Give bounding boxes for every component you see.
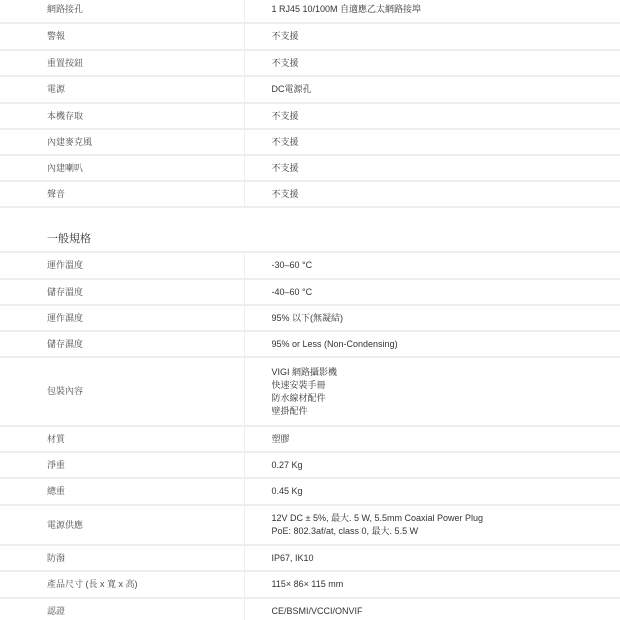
spec-row-operating-humidity: 運作濕度 95% 以下(無凝結) (0, 305, 620, 331)
spec-section-general: 一般規格 運作溫度 -30–60 °C 儲存溫度 -40–60 °C 運作濕度 … (0, 208, 620, 620)
spec-value: DC電源孔 (244, 76, 620, 103)
spec-label: 內建麥克風 (0, 129, 244, 155)
spec-row-net-weight: 淨重 0.27 Kg (0, 452, 620, 478)
package-item: 快速安裝手冊 (272, 379, 620, 392)
spec-value: 不支援 (244, 103, 620, 129)
spec-row-operating-temp: 運作溫度 -30–60 °C (0, 253, 620, 279)
spec-row-local-storage: 本機存取 不支援 (0, 103, 620, 129)
spec-label: 電源供應 (0, 505, 244, 545)
spec-row-certification: 認證 CE/BSMI/VCCI/ONVIF (0, 598, 620, 620)
spec-value: IP67, IK10 (244, 545, 620, 571)
spec-value: 115× 86× 115 mm (244, 571, 620, 598)
spec-row-package-contents: 包裝內容 VIGI 網路攝影機 快速安裝手冊 防水線材配件 壁掛配件 (0, 357, 620, 426)
spec-label: 聲音 (0, 181, 244, 207)
spec-label: 淨重 (0, 452, 244, 478)
spec-label: 儲存溫度 (0, 279, 244, 305)
spec-row-storage-humidity: 儲存濕度 95% or Less (Non-Condensing) (0, 331, 620, 357)
spec-value: 不支援 (244, 129, 620, 155)
spec-value: CE/BSMI/VCCI/ONVIF (244, 598, 620, 620)
spec-value: 0.27 Kg (244, 452, 620, 478)
spec-label: 電源 (0, 76, 244, 103)
package-item: 壁掛配件 (272, 405, 620, 418)
spec-label: 警報 (0, 23, 244, 50)
spec-label: 儲存濕度 (0, 331, 244, 357)
spec-label: 運作溫度 (0, 253, 244, 279)
spec-row-reset-button: 重置按鈕 不支援 (0, 50, 620, 76)
spec-label: 總重 (0, 478, 244, 505)
spec-label: 本機存取 (0, 103, 244, 129)
spec-row-speaker: 內建喇叭 不支援 (0, 155, 620, 181)
spec-value: 不支援 (244, 181, 620, 207)
spec-row-audio: 聲音 不支援 (0, 181, 620, 207)
spec-value: VIGI 網路攝影機 快速安裝手冊 防水線材配件 壁掛配件 (244, 357, 620, 426)
spec-label: 重置按鈕 (0, 50, 244, 76)
spec-value: 不支援 (244, 155, 620, 181)
spec-row-material: 材質 塑膠 (0, 426, 620, 452)
spec-label: 網路接孔 (0, 0, 244, 23)
spec-label: 防潑 (0, 545, 244, 571)
spec-label: 產品尺寸 (長 x 寬 x 高) (0, 571, 244, 598)
spec-value: -30–60 °C (244, 253, 620, 279)
spec-row-power-supply: 電源供應 12V DC ± 5%, 最大. 5 W, 5.5mm Coaxial… (0, 505, 620, 545)
spec-label: 認證 (0, 598, 244, 620)
spec-value: -40–60 °C (244, 279, 620, 305)
package-item: VIGI 網路攝影機 (272, 366, 620, 379)
spec-page: 網路接孔 1 RJ45 10/100M 自適應乙太網路接埠 警報 不支援 重置按… (0, 0, 620, 620)
spec-value: 不支援 (244, 23, 620, 50)
spec-label: 包裝內容 (0, 357, 244, 426)
spec-row-microphone: 內建麥克風 不支援 (0, 129, 620, 155)
spec-value: 不支援 (244, 50, 620, 76)
spec-row-storage-temp: 儲存溫度 -40–60 °C (0, 279, 620, 305)
spec-row-power: 電源 DC電源孔 (0, 76, 620, 103)
spec-table-general: 運作溫度 -30–60 °C 儲存溫度 -40–60 °C 運作濕度 95% 以… (0, 253, 620, 620)
spec-row-network-port: 網路接孔 1 RJ45 10/100M 自適應乙太網路接埠 (0, 0, 620, 23)
spec-row-dimensions: 產品尺寸 (長 x 寬 x 高) 115× 86× 115 mm (0, 571, 620, 598)
power-supply-line: PoE: 802.3af/at, class 0, 最大. 5.5 W (272, 525, 620, 538)
spec-row-gross-weight: 總重 0.45 Kg (0, 478, 620, 505)
spec-table-hardware: 網路接孔 1 RJ45 10/100M 自適應乙太網路接埠 警報 不支援 重置按… (0, 0, 620, 208)
spec-value: 1 RJ45 10/100M 自適應乙太網路接埠 (244, 0, 620, 23)
section-title: 一般規格 (0, 208, 620, 253)
spec-label: 材質 (0, 426, 244, 452)
spec-section-hardware: 網路接孔 1 RJ45 10/100M 自適應乙太網路接埠 警報 不支援 重置按… (0, 0, 620, 208)
spec-row-protection: 防潑 IP67, IK10 (0, 545, 620, 571)
spec-value: 95% 以下(無凝結) (244, 305, 620, 331)
spec-label: 內建喇叭 (0, 155, 244, 181)
package-item: 防水線材配件 (272, 392, 620, 405)
spec-value: 12V DC ± 5%, 最大. 5 W, 5.5mm Coaxial Powe… (244, 505, 620, 545)
spec-label: 運作濕度 (0, 305, 244, 331)
spec-row-alarm: 警報 不支援 (0, 23, 620, 50)
power-supply-line: 12V DC ± 5%, 最大. 5 W, 5.5mm Coaxial Powe… (272, 512, 620, 525)
spec-value: 95% or Less (Non-Condensing) (244, 331, 620, 357)
spec-value: 0.45 Kg (244, 478, 620, 505)
spec-value: 塑膠 (244, 426, 620, 452)
